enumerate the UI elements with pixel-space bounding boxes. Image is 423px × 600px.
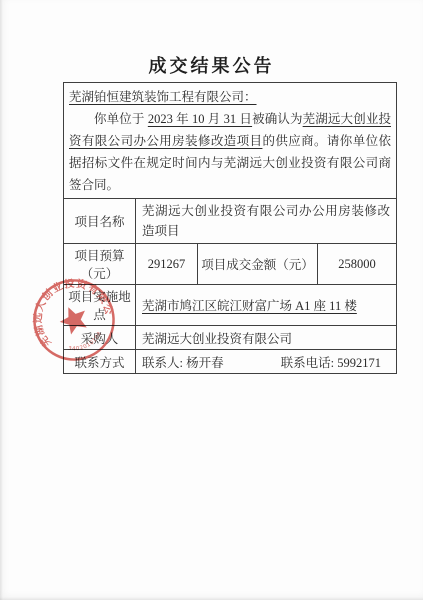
project-name-label: 项目名称: [64, 199, 136, 244]
table-row-budget: 项目预算（元） 291267 项目成交金额（元） 258000: [64, 244, 397, 285]
letter-segment: 被确认为: [252, 112, 303, 126]
site-value: 芜湖市鸠江区皖江财富广场 A1 座 11 楼: [136, 285, 397, 326]
budget-value: 291267: [136, 244, 198, 285]
scan-edge-artifact: [0, 0, 3, 600]
table-row-contact: 联系方式 联系人: 杨开春 联系电话: 5992171: [64, 350, 397, 374]
contact-label: 联系方式: [64, 350, 136, 374]
deal-amount-label: 项目成交金额（元）: [198, 244, 318, 285]
table-row-buyer: 采购人 芜湖远大创业投资有限公司: [64, 326, 397, 350]
table-row-project-name: 项目名称 芜湖远大创业投资有限公司办公用房装修改造项目: [64, 199, 397, 244]
letter-row: 芜湖铂恒建筑装饰工程有限公司： 你单位于 2023 年 10 月 31 日被确认…: [64, 83, 397, 199]
buyer-value: 芜湖远大创业投资有限公司: [136, 326, 397, 350]
contact-person: 联系人: 杨开春: [142, 353, 224, 371]
project-name-value: 芜湖远大创业投资有限公司办公用房装修改造项目: [136, 199, 397, 244]
document-page: 成交结果公告 芜湖铂恒建筑装饰工程有限公司： 你单位于 2023 年 10 月 …: [0, 0, 423, 600]
deal-amount-value: 258000: [318, 244, 397, 285]
letter-cell: 芜湖铂恒建筑装饰工程有限公司： 你单位于 2023 年 10 月 31 日被确认…: [64, 83, 397, 199]
letter-segment: 你单位于: [94, 112, 148, 126]
announcement-table: 芜湖铂恒建筑装饰工程有限公司： 你单位于 2023 年 10 月 31 日被确认…: [63, 82, 397, 374]
contact-phone: 联系电话: 5992171: [281, 353, 381, 371]
letter-body: 你单位于 2023 年 10 月 31 日被确认为芜湖远大创业投资有限公司办公用…: [69, 108, 391, 196]
table-row-site: 项目实施地点 芜湖市鸠江区皖江财富广场 A1 座 11 楼: [64, 285, 397, 326]
page-title: 成交结果公告: [0, 52, 423, 78]
contact-value: 联系人: 杨开春 联系电话: 5992171: [136, 350, 397, 374]
site-label: 项目实施地点: [64, 285, 136, 326]
buyer-label: 采购人: [64, 326, 136, 350]
budget-label: 项目预算（元）: [64, 244, 136, 285]
letter-segment-date: 2023 年 10 月 31 日: [148, 112, 252, 126]
letter-salutation: 芜湖铂恒建筑装饰工程有限公司：: [69, 86, 391, 108]
